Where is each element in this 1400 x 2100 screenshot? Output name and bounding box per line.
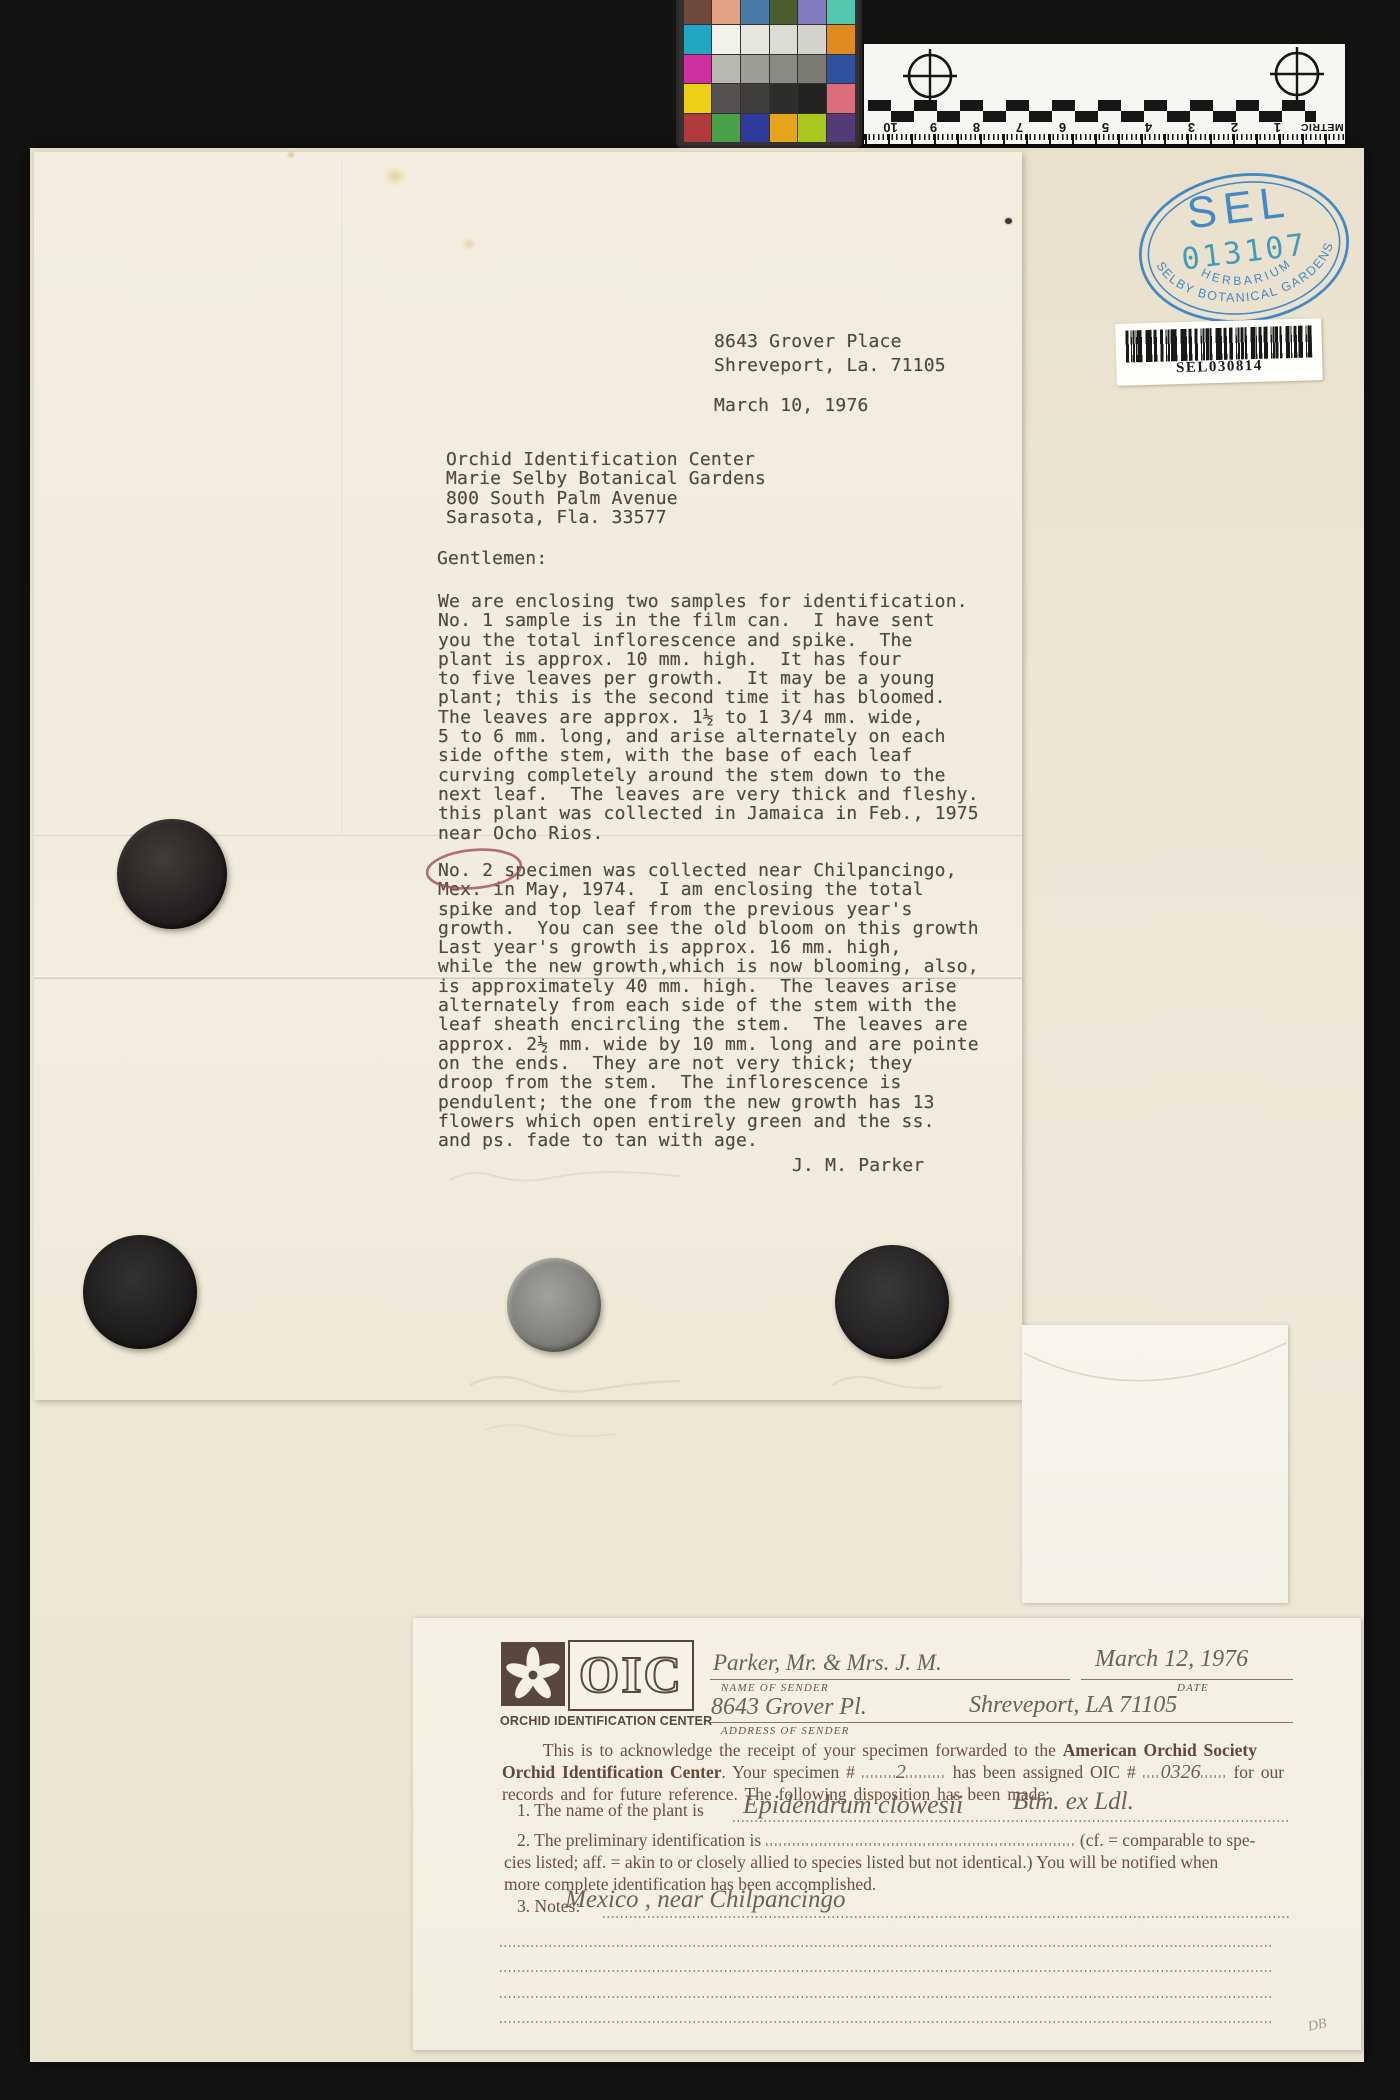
color-patch bbox=[684, 114, 712, 143]
ack-text: has been assigned OIC # bbox=[946, 1762, 1143, 1782]
form-item-2-line2: cies listed; aff. = akin to or closely a… bbox=[504, 1852, 1218, 1873]
form-name-value: Parker, Mr. & Mrs. J. M. bbox=[713, 1650, 942, 1676]
form-item-2: 2. The preliminary identification is (cf… bbox=[517, 1830, 1255, 1851]
form-address-value: 8643 Grover Pl. bbox=[711, 1694, 867, 1721]
fold-crease-vertical bbox=[340, 155, 342, 835]
item2-label: 2. The preliminary identification is bbox=[517, 1830, 766, 1850]
color-patch bbox=[827, 25, 855, 54]
letter-date: March 10, 1976 bbox=[714, 396, 869, 415]
color-patch bbox=[770, 114, 798, 143]
blank-dotted-line bbox=[500, 1996, 1272, 1998]
ack-line-1: This is to acknowledge the receipt of yo… bbox=[502, 1740, 1257, 1762]
name-rule-line bbox=[710, 1679, 1070, 1680]
color-patch bbox=[741, 84, 769, 113]
color-patch bbox=[741, 0, 769, 24]
herbarium-stamp: SEL 013107 HERBARIUM SELBY BOTANICAL GAR… bbox=[1112, 150, 1376, 346]
recipient-address: Orchid Identification CenterMarie Selby … bbox=[446, 450, 766, 527]
pencil-smudge bbox=[455, 1360, 705, 1470]
ruler-number: 4 bbox=[1127, 120, 1170, 135]
form-item-1: 1. The name of the plant is bbox=[517, 1800, 708, 1821]
color-checker-row bbox=[683, 0, 855, 25]
dotted-blank bbox=[906, 1775, 946, 1778]
color-patch bbox=[684, 84, 712, 113]
film-can-lid-4 bbox=[835, 1245, 949, 1359]
color-patch bbox=[798, 25, 826, 54]
film-can-lid-1 bbox=[117, 819, 227, 929]
ruler-number: 5 bbox=[1084, 120, 1127, 135]
ack-bold-text: Orchid Identification Center bbox=[502, 1762, 722, 1782]
color-checker-row bbox=[683, 113, 855, 143]
letter-paragraph-1: We are enclosing two samples for identif… bbox=[438, 592, 979, 843]
specimen-number: 2 bbox=[896, 1761, 906, 1783]
color-patch bbox=[684, 0, 712, 24]
sender-address: 8643 Grover PlaceShreveport, La. 71105 bbox=[714, 330, 946, 378]
paper-stain bbox=[462, 238, 476, 250]
ruler-number: 2 bbox=[1213, 120, 1256, 135]
letter-paragraph-2: No. 2 specimen was collected near Chilpa… bbox=[438, 861, 979, 1150]
ack-text: for our bbox=[1227, 1762, 1284, 1782]
date-rule-line bbox=[1081, 1679, 1293, 1680]
paper-stain bbox=[286, 151, 296, 159]
ink-speck bbox=[1005, 218, 1012, 224]
dotted-blank bbox=[1143, 1775, 1161, 1778]
ruler-number: 3 bbox=[1170, 120, 1213, 135]
ack-text: This is to acknowledge the receipt of yo… bbox=[502, 1740, 1063, 1760]
color-patch bbox=[827, 114, 855, 143]
color-patch bbox=[741, 55, 769, 84]
form-date-value: March 12, 1976 bbox=[1095, 1646, 1248, 1673]
oic-form: OIC ORCHID IDENTIFICATION CENTER Parker,… bbox=[413, 1618, 1361, 2050]
pencil-smudge bbox=[820, 1355, 990, 1435]
item1-authority: Btm. ex Ldl. bbox=[1013, 1788, 1134, 1816]
salutation: Gentlemen: bbox=[437, 549, 547, 568]
form-address-value2: Shreveport, LA 71105 bbox=[969, 1692, 1177, 1719]
color-patch bbox=[741, 25, 769, 54]
color-patch bbox=[798, 114, 826, 143]
paper-stain bbox=[382, 166, 408, 186]
color-checker-row bbox=[683, 84, 855, 114]
address-rule-line bbox=[710, 1722, 1293, 1723]
oic-logo bbox=[501, 1642, 565, 1706]
photo-ruler: METRIC 12345678910 bbox=[864, 44, 1345, 144]
item1-label: 1. The name of the plant is bbox=[517, 1800, 708, 1820]
item2-dotted-line bbox=[766, 1843, 1076, 1846]
color-patch bbox=[684, 55, 712, 84]
color-patch bbox=[798, 0, 826, 24]
blank-dotted-line bbox=[500, 1970, 1272, 1972]
color-patch bbox=[770, 55, 798, 84]
ruler-number: 8 bbox=[955, 120, 998, 135]
color-patch bbox=[712, 55, 740, 84]
color-patch bbox=[741, 114, 769, 143]
blank-dotted-line bbox=[500, 1945, 1272, 1947]
oic-number: 0326 bbox=[1161, 1761, 1201, 1783]
color-patch bbox=[827, 55, 855, 84]
ruler-number: 6 bbox=[1041, 120, 1084, 135]
color-patch bbox=[770, 25, 798, 54]
film-can-lid-2 bbox=[83, 1235, 197, 1349]
date-label: DATE bbox=[1177, 1682, 1209, 1694]
ack-line-2: Orchid Identification Center. Your speci… bbox=[502, 1762, 1284, 1784]
registration-target-icon bbox=[1269, 46, 1325, 102]
color-patch bbox=[712, 25, 740, 54]
blank-dotted-line bbox=[500, 2021, 1272, 2023]
item1-dotted-line bbox=[733, 1820, 1289, 1822]
item3-notes-value: Mexico , near Chilpancingo bbox=[565, 1886, 846, 1914]
color-checker-row bbox=[683, 25, 855, 55]
color-patch bbox=[827, 0, 855, 24]
ruler-unit-label: METRIC bbox=[1299, 122, 1345, 134]
film-can-lid-metal bbox=[507, 1258, 601, 1352]
pencil-smudge bbox=[440, 1150, 700, 1210]
item1-plant-name: Epidendrum clowesii bbox=[743, 1790, 963, 1820]
color-patch bbox=[827, 84, 855, 113]
item3-dotted-line bbox=[603, 1916, 1289, 1918]
scanned-herbarium-document: { "scan": { "stamp": { "org": "SEL", "nu… bbox=[0, 0, 1400, 2100]
ruler-number: 10 bbox=[869, 120, 912, 135]
pencil-initials: DB bbox=[1307, 2016, 1329, 2036]
orchid-flower-icon bbox=[501, 1642, 565, 1706]
signature: J. M. Parker bbox=[792, 1156, 924, 1175]
color-patch bbox=[712, 84, 740, 113]
item2-note: (cf. = comparable to spe- bbox=[1076, 1830, 1256, 1850]
address-of-sender-label: ADDRESS OF SENDER bbox=[721, 1725, 850, 1737]
ruler-number: 1 bbox=[1256, 120, 1299, 135]
color-patch bbox=[798, 84, 826, 113]
color-checker-chart bbox=[676, 0, 862, 148]
color-patch bbox=[712, 0, 740, 24]
ruler-step-pattern bbox=[868, 100, 1316, 122]
envelope bbox=[1022, 1325, 1288, 1603]
dotted-blank bbox=[1201, 1775, 1227, 1778]
barcode-sticker: SEL030814 bbox=[1115, 318, 1323, 386]
color-checker-row bbox=[683, 54, 855, 84]
oic-monogram: OIC bbox=[568, 1640, 694, 1711]
ruler-tick-marks bbox=[864, 134, 1345, 144]
stamp-org-text: SEL bbox=[1184, 177, 1293, 238]
color-patch bbox=[712, 114, 740, 143]
envelope-flap-line bbox=[1022, 1325, 1288, 1415]
ack-text: . Your specimen # bbox=[722, 1762, 862, 1782]
registration-target-icon bbox=[902, 48, 958, 104]
ack-bold-text: American Orchid Society bbox=[1063, 1740, 1257, 1760]
ruler-scale-numbers: METRIC 12345678910 bbox=[864, 120, 1345, 135]
dotted-blank bbox=[862, 1775, 896, 1778]
oic-org-name: ORCHID IDENTIFICATION CENTER bbox=[500, 1714, 720, 1728]
color-patch bbox=[798, 55, 826, 84]
color-patch bbox=[770, 84, 798, 113]
color-patch bbox=[770, 0, 798, 24]
ruler-number: 7 bbox=[998, 120, 1041, 135]
name-of-sender-label: NAME OF SENDER bbox=[721, 1682, 829, 1694]
color-patch bbox=[684, 25, 712, 54]
ruler-number: 9 bbox=[912, 120, 955, 135]
item2-text: cies listed; aff. = akin to or closely a… bbox=[504, 1852, 1218, 1872]
